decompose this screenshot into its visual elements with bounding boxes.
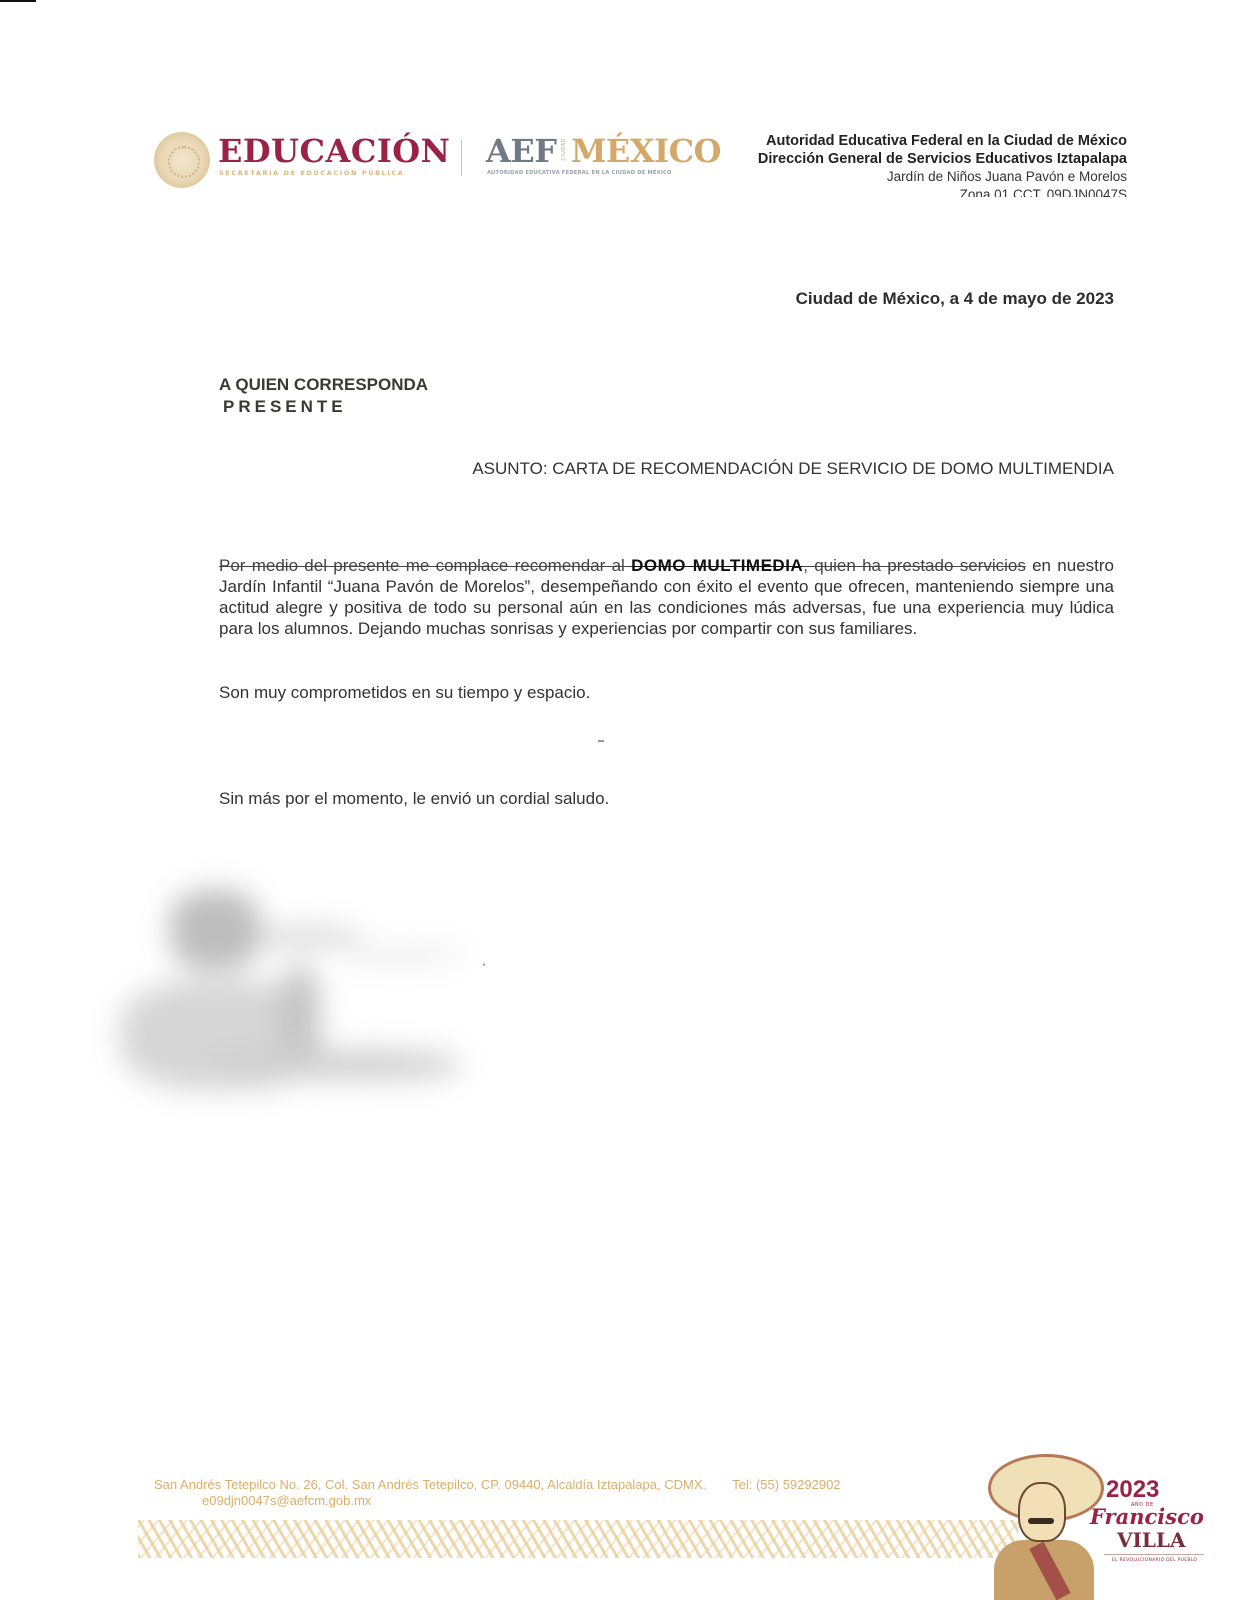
commemorative-tagline: EL REVOLUCIONARIO DEL PUEBLO [1112,1558,1197,1563]
scan-edge-mark [0,0,36,2]
redacted-signature [120,870,500,1110]
commemorative-name-1: Francisco [1090,1504,1204,1529]
institution-line-3: Jardín de Niños Juana Pavón e Morelos [758,168,1127,186]
aef-logo-prefix: AEF [486,132,556,170]
institution-line-2: Dirección General de Servicios Educativo… [758,150,1127,168]
paragraph-recommendation: Por medio del presente me complace recom… [219,555,1114,639]
mexico-coat-of-arms-icon [154,132,210,188]
commemorative-year: 2023 [1106,1476,1159,1504]
letterhead: EDUCACIÓN SECRETARÍA DE EDUCACIÓN PÚBLIC… [150,128,1140,208]
paragraph-intro-end: , quien ha prestado servicios [803,556,1026,575]
institution-line-4: Zona 01 CCT. 09DJN0047S [758,186,1127,197]
decorative-pattern [138,1520,1018,1558]
commemorative-rule [1104,1554,1204,1555]
paragraph-closing: Sin más por el momento, le envió un cord… [219,788,1114,809]
recipient: A QUIEN CORRESPONDA [219,374,428,396]
letter-subject: ASUNTO: CARTA DE RECOMENDACIÓN DE SERVIC… [472,459,1114,479]
company-name: DOMO MULTIMEDIA [631,556,803,575]
footer-email: e09djn0047s@aefcm.gob.mx [202,1493,371,1508]
scan-mark: ˎ [482,955,487,966]
scan-speck [598,740,604,742]
address-text: San Andrés Tetepilco No. 26, Col. San An… [154,1477,706,1492]
logo-divider [461,140,462,176]
aef-logo-subtitle: AUTORIDAD EDUCATIVA FEDERAL EN LA CIUDAD… [487,170,672,176]
commemorative-name-2: VILLA [1117,1528,1186,1552]
institution-line-1: Autoridad Educativa Federal en la Ciudad… [758,132,1127,150]
education-logo-subtitle: SECRETARÍA DE EDUCACIÓN PÚBLICA [219,169,404,177]
paragraph-intro: Por medio del presente me complace recom… [219,556,631,575]
aef-logo-vertical-word: CIUDAD [561,138,567,161]
education-logo-title: EDUCACIÓN [218,132,450,170]
footer-address: San Andrés Tetepilco No. 26, Col. San An… [154,1477,841,1492]
institution-block: Autoridad Educativa Federal en la Ciudad… [758,132,1127,197]
letter-date: Ciudad de México, a 4 de mayo de 2023 [796,289,1114,309]
commemorative-logo: 2023 AÑO DE Francisco VILLA EL REVOLUCIO… [984,1448,1233,1600]
recipient-block: A QUIEN CORRESPONDA PRESENTE [219,374,428,418]
paragraph-commitment: Son muy comprometidos en su tiempo y esp… [219,682,1114,703]
phone-text: Tel: (55) 59292902 [732,1477,840,1492]
aef-logo-name: MÉXICO [571,132,721,170]
presente: PRESENTE [219,396,428,418]
